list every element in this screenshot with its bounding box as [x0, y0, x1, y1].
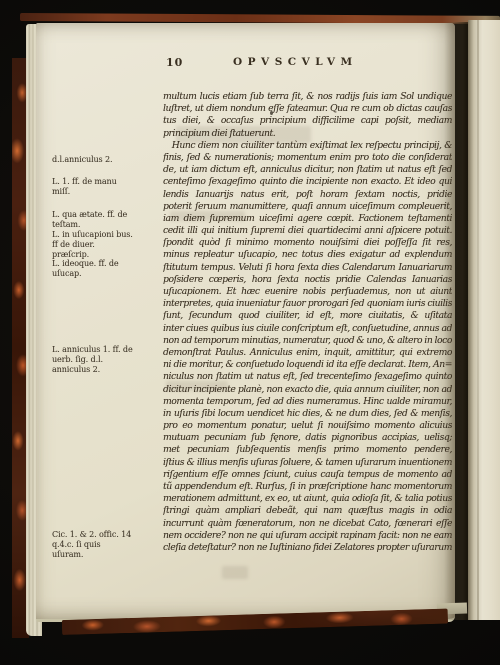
- margin-note: L. ideoque. ff. de uſucap.: [52, 259, 134, 279]
- body-text-line: centeſimo ſexageſimo quinto die incipien…: [163, 176, 452, 188]
- body-text-line: pro eo momentum ponatur, uelut ſi nouiſs…: [163, 420, 452, 432]
- page-gutter-shadow: [444, 22, 470, 620]
- body-text-line: momenta temporum, ſed ad dies numeramus.…: [163, 396, 452, 408]
- body-text-line: poſsidere cœperis, hora ſexta noctis pri…: [163, 274, 452, 286]
- body-text-line: cedit illi qui initium ſupremi diei quar…: [163, 225, 452, 237]
- margin-note: Cic. 1. & 2. offic. 14 q.4.c. ſi quis uſ…: [52, 530, 134, 560]
- body-text-line: poterit ſeruum manumittere, quaſi annum …: [163, 201, 452, 213]
- body-text-line: niculus non ſtatim ut natus eſt, ſed tre…: [163, 371, 452, 383]
- body-text-line: interpretes, quia inueniatur fauor proro…: [163, 298, 452, 310]
- body-text-line: merationem admittunt, ex eo, ut aiunt, q…: [163, 493, 452, 505]
- body-text-line: luſtret, ut diem nondum eſſe fateamur. Q…: [163, 103, 452, 115]
- body-text-line: finis, ſed & numerationis; momentum enim…: [163, 152, 452, 164]
- margin-note: L. 1. ff. de manu miſſ.: [52, 177, 134, 197]
- body-text-line: dicitur incipiente planè, non exacto die…: [163, 384, 452, 396]
- body-text-line: ni die moritur, & conſuetudo loquendi id…: [163, 359, 452, 371]
- body-text-line: minus repleatur uſucapio, nec totus dies…: [163, 249, 452, 261]
- margin-note: L. anniculus 1. ff. de uerb. ſig. d.l. a…: [52, 345, 134, 375]
- body-text-line: riſgentium eſſe omnes ſciunt, cuius cauſ…: [163, 469, 452, 481]
- body-text-line: ſunt, ſecundum quod ciuiliter, id eſt, m…: [163, 310, 452, 322]
- body-text-line: tũ appendendum eſt. Rurſus, ſi in præſcr…: [163, 481, 452, 493]
- body-text-line: principium diei ſtatuerunt.: [163, 128, 452, 140]
- body-text-line: demonſtrat Paulus. Anniculus enim, inqui…: [163, 347, 452, 359]
- body-text-line: tus diei, & occaſus principium difficili…: [163, 115, 452, 127]
- body-text-line: iſtius & illius menſis uſuras ſoluere, &…: [163, 457, 452, 469]
- body-text-line: ſtringi quàm ampliari debeãt, qui nam qu…: [163, 505, 452, 517]
- margin-note: L. in uſucapioni bus. ff de diuer. præſc…: [52, 230, 134, 260]
- body-text-line: iam diem ſupremum uiceſimi agere cœpit. …: [163, 213, 452, 225]
- body-text-line: ſtitutum tempus. Veluti ſi hora ſexta di…: [163, 262, 452, 274]
- page-header: 10 OPVSCVLVM: [163, 56, 451, 70]
- body-text-line: met pecuniam ſubſequentis menſis primo m…: [163, 444, 452, 456]
- body-text-line: uſucapionem. Et hæc euenire nobis perſua…: [163, 286, 452, 298]
- page-number: 10: [166, 56, 183, 69]
- body-text-line: inter ciues quibus ius ciuile conſcriptu…: [163, 323, 452, 335]
- body-text-line: multum lucis etiam ſub terra ſit, & nos …: [163, 91, 452, 103]
- body-text-line: lendis Ianuarijs natus erit, poſt horam …: [163, 189, 452, 201]
- body-text-line: mutuam pecuniam ſub fęnore, datis pignor…: [163, 432, 452, 444]
- body-text-line: ſpondit quòd ſi minimo momento nouiſsimi…: [163, 237, 452, 249]
- margin-note: d.l.anniculus 2.: [52, 155, 134, 165]
- body-text-line: incurrunt quàm fœneratorum, non ne diceb…: [163, 518, 452, 530]
- body-text-line: in uſuris ſibi locum uendicet hic dies, …: [163, 408, 452, 420]
- body-text: multum lucis etiam ſub terra ſit, & nos …: [163, 91, 452, 554]
- facing-page-sliver: [468, 20, 500, 620]
- body-text-line: de, ut iam dictum eſt, anniculus dicitur…: [163, 164, 452, 176]
- photo-background: 10 OPVSCVLVM d.l.anniculus 2. L. 1. ff. …: [0, 0, 500, 665]
- body-text-line: nem occidere? non ne qui uſuram accipit …: [163, 530, 452, 542]
- margin-note: L. qua ætate. ff. de teſtam.: [52, 210, 134, 230]
- book-page: 10 OPVSCVLVM d.l.anniculus 2. L. 1. ff. …: [36, 23, 455, 622]
- body-text-line: Hunc diem non ciuiliter tantùm exiſtimat…: [163, 140, 452, 152]
- body-text-line: non ad temporum minutias, numeratur, quo…: [163, 335, 452, 347]
- body-text-line: cleſia deteſtatur? non ne Iuſtiniano fid…: [163, 542, 452, 554]
- running-title: OPVSCVLVM: [233, 56, 358, 68]
- bleed-through-ghost: [222, 566, 248, 579]
